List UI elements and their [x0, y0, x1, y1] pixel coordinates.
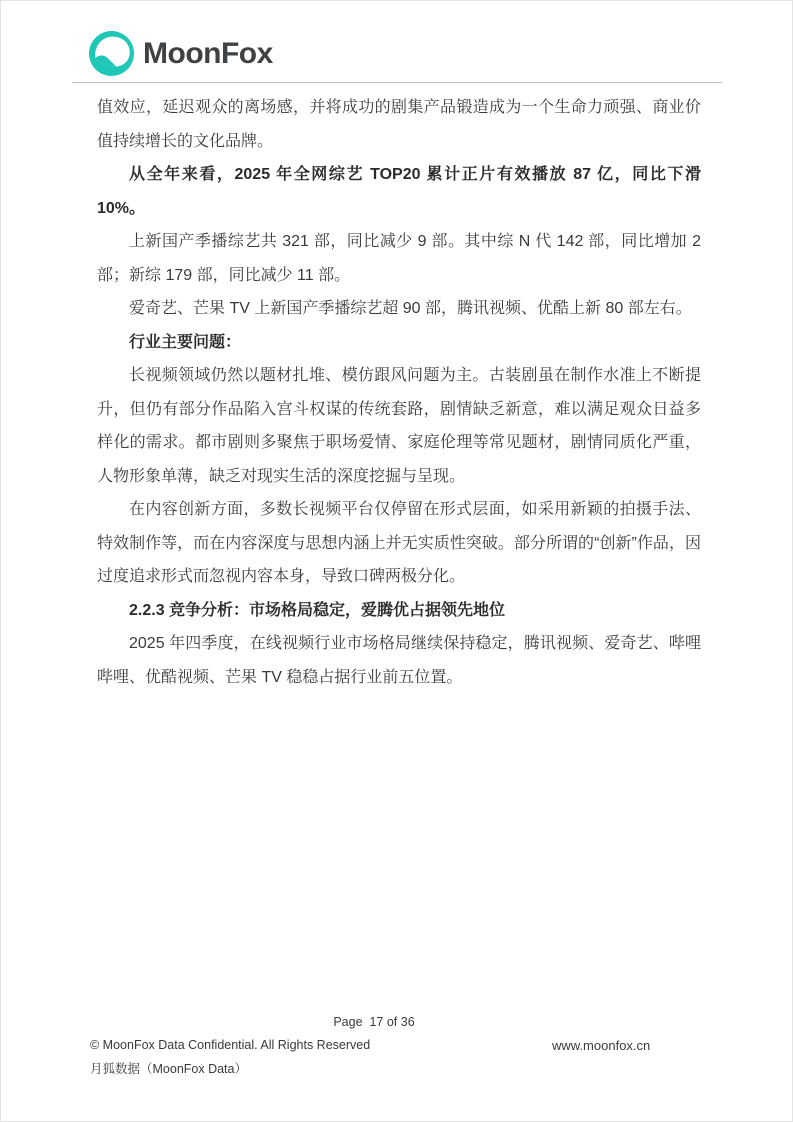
subsection-label: 行业主要问题： [97, 326, 701, 360]
website-link[interactable]: www.moonfox.cn [552, 1038, 650, 1053]
body-paragraph: 值效应，延迟观众的离场感，并将成功的剧集产品锻造成为一个生命力顽强、商业价值持续… [97, 91, 701, 158]
body-paragraph: 爱奇艺、芒果 TV 上新国产季播综艺超 90 部，腾讯视频、优酷上新 80 部左… [97, 292, 701, 326]
section-heading: 2.2.3 竞争分析：市场格局稳定，爱腾优占据领先地位 [97, 594, 701, 628]
document-body: 值效应，延迟观众的离场感，并将成功的剧集产品锻造成为一个生命力顽强、商业价值持续… [97, 91, 701, 694]
body-paragraph: 长视频领域仍然以题材扎堆、模仿跟风问题为主。古装剧虽在制作水准上不断提升，但仍有… [97, 359, 701, 493]
brand-name: MoonFox [143, 31, 273, 76]
moonfox-logo: MoonFox [89, 31, 273, 76]
company-name-cn: 月狐数据（MoonFox Data） [90, 1059, 247, 1077]
body-paragraph: 2025 年四季度，在线视频行业市场格局继续保持稳定，腾讯视频、爱奇艺、哔哩哔哩… [97, 627, 701, 694]
copyright-notice: © MoonFox Data Confidential. All Rights … [90, 1038, 370, 1052]
page-number: Page 17 of 36 [1, 1015, 747, 1029]
moonfox-logo-icon [89, 31, 134, 76]
body-paragraph: 在内容创新方面，多数长视频平台仅停留在形式层面，如采用新颖的拍摄手法、特效制作等… [97, 493, 701, 594]
body-paragraph: 上新国产季播综艺共 321 部，同比减少 9 部。其中综 N 代 142 部，同… [97, 225, 701, 292]
document-page: MoonFox 值效应，延迟观众的离场感，并将成功的剧集产品锻造成为一个生命力顽… [0, 0, 793, 1122]
highlight-paragraph: 从全年来看，2025 年全网综艺 TOP20 累计正片有效播放 87 亿，同比下… [97, 158, 701, 225]
header-divider [72, 82, 722, 83]
